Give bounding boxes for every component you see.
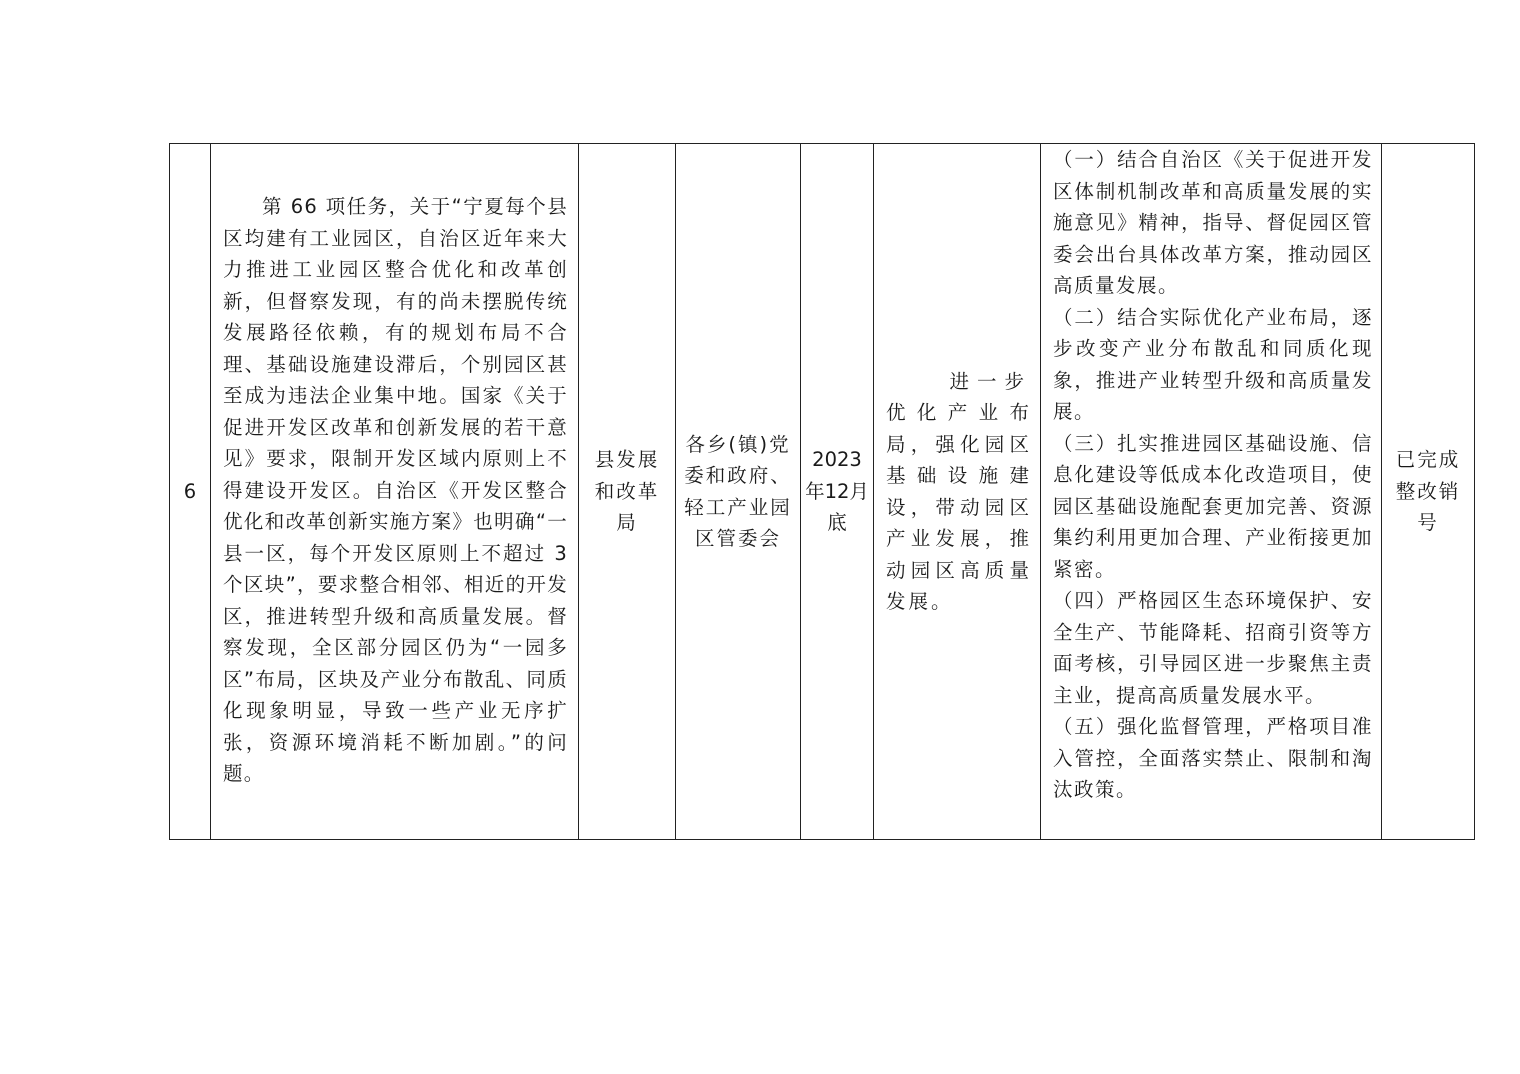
row-number: 6 [170, 144, 211, 840]
lead-department: 县发展和改革局 [579, 144, 676, 840]
table-row: 6 第 66 项任务，关于“宁夏每个县区均建有工业园区，自治区近年来大力推进工业… [170, 144, 1475, 840]
rectification-measures: （一）结合自治区《关于促进开发区体制机制改革和高质量发展的实施意见》精神，指导、… [1041, 144, 1382, 840]
completion-status: 已完成整改销号 [1382, 144, 1475, 840]
goal-text: 优化产业布局，强化园区基础设施建设，带动园区产业发展，推动园区高质量发展。 [886, 397, 1032, 618]
measure-item: （四）严格园区生态环境保护、安全生产、节能降耗、招商引资等方面考核，引导园区进一… [1053, 585, 1373, 711]
deadline: 2023年12月底 [801, 144, 874, 840]
document-page: 6 第 66 项任务，关于“宁夏每个县区均建有工业园区，自治区近年来大力推进工业… [169, 143, 1475, 840]
issue-description: 第 66 项任务，关于“宁夏每个县区均建有工业园区，自治区近年来大力推进工业园区… [211, 144, 579, 840]
measure-item: （三）扎实推进园区基础设施、信息化建设等低成本化改造项目，使园区基础设施配套更加… [1053, 428, 1373, 586]
goal-first-line: 进一步 [886, 366, 1032, 398]
issue-text: 第 66 项任务，关于“宁夏每个县区均建有工业园区，自治区近年来大力推进工业园区… [223, 191, 568, 790]
measure-item: （五）强化监督管理，严格项目准入管控，全面落实禁止、限制和淘汰政策。 [1053, 711, 1373, 806]
rectification-goal: 进一步 优化产业布局，强化园区基础设施建设，带动园区产业发展，推动园区高质量发展… [874, 144, 1041, 840]
responsible-units: 各乡(镇)党委和政府、轻工产业园区管委会 [676, 144, 801, 840]
measure-item: （二）结合实际优化产业布局，逐步改变产业分布散乱和同质化现象，推进产业转型升级和… [1053, 302, 1373, 428]
rectification-table: 6 第 66 项任务，关于“宁夏每个县区均建有工业园区，自治区近年来大力推进工业… [169, 143, 1475, 840]
measure-item: （一）结合自治区《关于促进开发区体制机制改革和高质量发展的实施意见》精神，指导、… [1053, 144, 1373, 302]
